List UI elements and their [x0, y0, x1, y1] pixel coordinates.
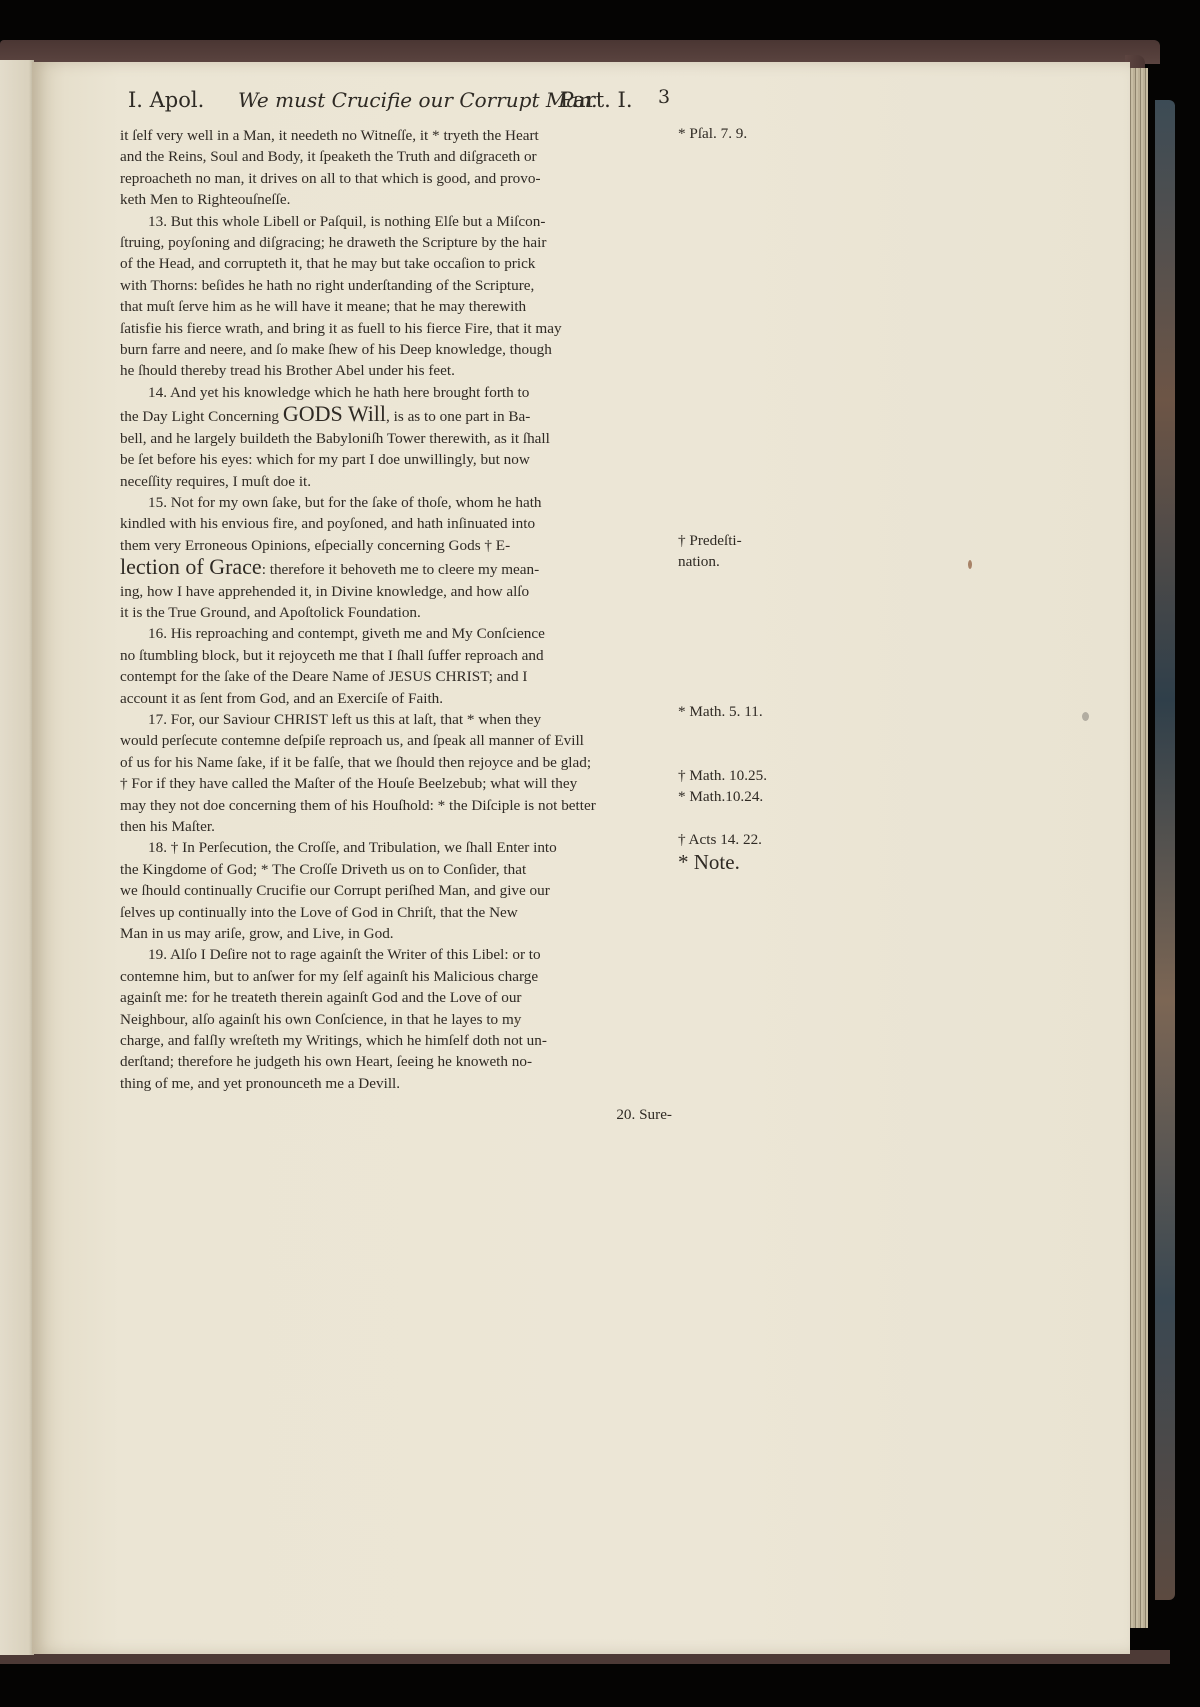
- text-line: then his Maſter.: [120, 816, 672, 837]
- text-line: 14. And yet his knowledge which he hath …: [120, 382, 672, 403]
- catchword: 20. Sure-: [120, 1104, 672, 1125]
- text-line: the Day Light Concerning GODS Will, is a…: [120, 403, 672, 427]
- running-head: I. Apol. We must Crucifie our Corrupt Ma…: [128, 88, 688, 122]
- text-line: he ſhould thereby tread his Brother Abel…: [120, 360, 672, 381]
- text-line: 18. † In Perſecution, the Croſſe, and Tr…: [120, 837, 672, 858]
- margin-note: * Pſal. 7. 9.: [678, 125, 747, 143]
- text-line: 15. Not for my own ſake, but for the ſak…: [120, 492, 672, 513]
- marbled-cover-edge: [1155, 100, 1175, 1600]
- text-line: charge, and falſly wreſteth my Writings,…: [120, 1030, 672, 1051]
- margin-note: * Math.10.24.: [678, 788, 763, 806]
- margin-note: † Math. 10.25.: [678, 767, 767, 785]
- margin-note: nation.: [678, 553, 720, 571]
- text-line: Neighbour, alſo againſt his own Conſcien…: [120, 1009, 672, 1030]
- text-line: may they not doe concerning them of his …: [120, 795, 672, 816]
- text-line: neceſſity requires, I muſt doe it.: [120, 471, 672, 492]
- text-line: that muſt ſerve him as he will have it m…: [120, 296, 672, 317]
- text-line: 13. But this whole Libell or Paſquil, is…: [120, 211, 672, 232]
- text-line: derſtand; therefore he judgeth his own H…: [120, 1051, 672, 1072]
- text-line: 17. For, our Saviour CHRIST left us this…: [120, 709, 672, 730]
- text-line: againſt me: for he treateth therein agai…: [120, 987, 672, 1008]
- text-line: lection of Grace: therefore it behoveth …: [120, 556, 672, 580]
- running-head-section: I. Apol.: [128, 88, 204, 112]
- text-line: kindled with his envious fire, and poyſo…: [120, 513, 672, 534]
- text-line: would perſecute contemne deſpiſe reproac…: [120, 730, 672, 751]
- text-line: bell, and he largely buildeth the Babylo…: [120, 428, 672, 449]
- paper-blemish: [1082, 712, 1089, 721]
- margin-note: * Math. 5. 11.: [678, 703, 763, 721]
- text-line: 19. Alſo I Deſire not to rage againſt th…: [120, 944, 672, 965]
- margin-note: * Note.: [678, 850, 740, 875]
- text-line: reproacheth no man, it drives on all to …: [120, 168, 672, 189]
- text-line: contemne him, but to anſwer for my ſelf …: [120, 966, 672, 987]
- facing-page-edge: [0, 60, 34, 1655]
- text-line: and the Reins, Soul and Body, it ſpeaket…: [120, 146, 672, 167]
- text-line: of us for his Name ſake, if it be falſe,…: [120, 752, 672, 773]
- text-line: of the Head, and corrupteth it, that he …: [120, 253, 672, 274]
- text-line: we ſhould continually Crucifie our Corru…: [120, 880, 672, 901]
- page-fore-edges: [1128, 68, 1148, 1628]
- book-cover-top-edge: [0, 40, 1160, 64]
- text-line: it is the True Ground, and Apoſtolick Fo…: [120, 602, 672, 623]
- text-line: thing of me, and yet pronounceth me a De…: [120, 1073, 672, 1094]
- running-head-part: Part. I.: [560, 88, 633, 112]
- running-head-title: We must Crucifie our Corrupt Man.: [238, 88, 598, 112]
- text-line: them very Erroneous Opinions, eſpecially…: [120, 535, 672, 556]
- page-number: 3: [658, 86, 670, 108]
- emphasized-text: GODS Will: [283, 401, 386, 426]
- margin-note: † Acts 14. 22.: [678, 831, 762, 849]
- text-line: account it as ſent from God, and an Exer…: [120, 688, 672, 709]
- text-line: ſatisfie his fierce wrath, and bring it …: [120, 318, 672, 339]
- text-line: with Thorns: beſides he hath no right un…: [120, 275, 672, 296]
- text-line: ing, how I have apprehended it, in Divin…: [120, 581, 672, 602]
- paper-blemish: [968, 560, 972, 569]
- text-line: the Kingdome of God; * The Croſſe Drivet…: [120, 859, 672, 880]
- text-line: ſtruing, poyſoning and diſgracing; he dr…: [120, 232, 672, 253]
- text-line: Man in us may ariſe, grow, and Live, in …: [120, 923, 672, 944]
- text-line: keth Men to Righteouſneſſe.: [120, 189, 672, 210]
- margin-note: † Predeſti-: [678, 532, 742, 550]
- emphasized-text: lection of Grace: [120, 554, 262, 579]
- text-line: † For if they have called the Maſter of …: [120, 773, 672, 794]
- text-line: it ſelf very well in a Man, it needeth n…: [120, 125, 672, 146]
- text-line: no ſtumbling block, but it rejoyceth me …: [120, 645, 672, 666]
- paper-blemish: [515, 1020, 518, 1023]
- body-text: it ſelf very well in a Man, it needeth n…: [120, 125, 672, 1126]
- text-line: be ſet before his eyes: which for my par…: [120, 449, 672, 470]
- text-line: burn farre and neere, and ſo make ſhew o…: [120, 339, 672, 360]
- text-line: ſelves up continually into the Love of G…: [120, 902, 672, 923]
- text-line: contempt for the ſake of the Deare Name …: [120, 666, 672, 687]
- text-line: 16. His reproaching and contempt, giveth…: [120, 623, 672, 644]
